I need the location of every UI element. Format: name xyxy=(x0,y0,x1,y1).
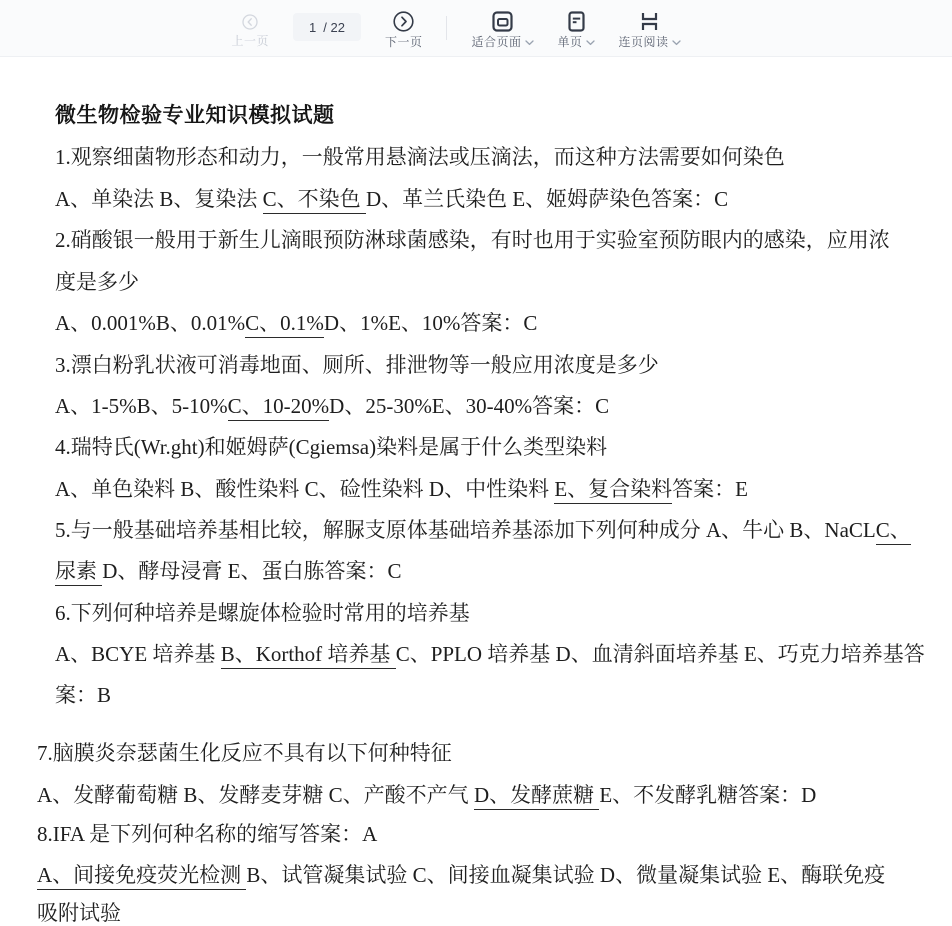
question-5-line2: 尿素 D、酵母浸膏 E、蛋白胨答案：C xyxy=(55,558,402,584)
answers-6-line1: A、BCYE 培养基 B、Korthof 培养基 C、PPLO 培养基 D、血清… xyxy=(55,641,925,667)
question-2-line1: 2.硝酸银一般用于新生儿滴眼预防淋球菌感染，有时也用于实验室预防眼内的感染，应用… xyxy=(55,227,890,253)
underlined-answer: D、发酵蔗糖 xyxy=(474,783,599,810)
page-total-label: / 22 xyxy=(323,20,345,35)
question-3: 3.漂白粉乳状液可消毒地面、厕所、排泄物等一般应用浓度是多少 xyxy=(55,352,659,378)
single-page-dropdown[interactable]: 单页 xyxy=(558,11,595,49)
question-8: 8.IFA 是下列何种名称的缩写答案：A xyxy=(37,821,377,847)
question-2-line2: 度是多少 xyxy=(55,269,139,295)
toolbar-divider xyxy=(446,16,447,40)
page-number-input[interactable]: 1 / 22 xyxy=(293,13,361,41)
chevron-left-circle-icon xyxy=(242,13,258,31)
question-1: 1.观察细菌物形态和动力，一般常用悬滴法或压滴法，而这种方法需要如何染色 xyxy=(55,144,785,170)
question-6: 6.下列何种培养是螺旋体检验时常用的培养基 xyxy=(55,600,470,626)
single-page-label: 单页 xyxy=(558,35,595,49)
toolbar-group: 上一页 1 / 22 下一页 适合页面 xyxy=(231,0,680,56)
underlined-answer: C、不染色 xyxy=(263,187,366,214)
answers-7: A、发酵葡萄糖 B、发酵麦芽糖 C、产酸不产气 D、发酵蔗糖 E、不发酵乳糖答案… xyxy=(37,782,816,808)
continuous-read-label: 连页阅读 xyxy=(619,35,681,49)
chevron-down-icon xyxy=(586,40,595,46)
answers-3: A、1-5%B、5-10%C、10-20%D、25-30%E、30-40%答案：… xyxy=(55,393,609,419)
question-7: 7.脑膜炎奈瑟菌生化反应不具有以下何种特征 xyxy=(37,740,452,766)
continuous-read-dropdown[interactable]: 连页阅读 xyxy=(619,11,681,49)
answers-4: A、单色染料 B、酸性染料 C、硷性染料 D、中性染料 E、复合染料答案：E xyxy=(55,476,748,502)
underlined-answer: C、0.1% xyxy=(245,311,324,338)
page-current-value: 1 xyxy=(309,20,316,35)
fit-page-dropdown[interactable]: 适合页面 xyxy=(471,11,533,49)
chevron-down-icon xyxy=(672,40,681,46)
document-title: 微生物检验专业知识模拟试题 xyxy=(55,103,335,129)
prev-page-label: 上一页 xyxy=(231,34,269,48)
underlined-answer: 尿素 xyxy=(55,559,102,586)
underlined-answer: A、间接免疫荧光检测 xyxy=(37,863,246,890)
answers-6-line2: 案：B xyxy=(55,682,111,708)
continuous-pages-icon xyxy=(639,11,660,32)
fit-page-icon xyxy=(492,11,513,32)
next-page-label: 下一页 xyxy=(385,35,423,49)
document-viewport: 微生物检验专业知识模拟试题 1.观察细菌物形态和动力，一般常用悬滴法或压滴法，而… xyxy=(0,57,952,921)
underlined-answer: C、10-20% xyxy=(228,394,330,421)
question-4: 4.瑞特氏(Wr.ght)和姬姆萨(Cgiemsa)染料是属于什么类型染料 xyxy=(55,434,607,460)
next-page-button[interactable]: 下一页 xyxy=(385,11,423,49)
single-page-icon xyxy=(566,11,587,32)
answers-2: A、0.001%B、0.01%C、0.1%D、1%E、10%答案：C xyxy=(55,310,537,336)
fit-page-label: 适合页面 xyxy=(471,35,533,49)
underlined-answer: C、 xyxy=(876,518,911,545)
underlined-answer: E、复合染料 xyxy=(554,477,672,504)
chevron-right-circle-icon xyxy=(393,11,414,32)
prev-page-button[interactable]: 上一页 xyxy=(231,11,269,48)
answers-8-line1: A、间接免疫荧光检测 B、试管凝集试验 C、间接血凝集试验 D、微量凝集试验 E… xyxy=(37,862,885,888)
answers-8-line2: 吸附试验 xyxy=(37,900,121,921)
answers-1: A、单染法 B、复染法 C、不染色 D、革兰氏染色 E、姬姆萨染色答案：C xyxy=(55,186,728,212)
chevron-down-icon xyxy=(525,40,534,46)
underlined-answer: B、Korthof 培养基 xyxy=(221,642,396,669)
reader-toolbar: 上一页 1 / 22 下一页 适合页面 xyxy=(0,0,952,57)
question-5-line1: 5.与一般基础培养基相比较，解脲支原体基础培养基添加下列何种成分 A、牛心 B、… xyxy=(55,517,911,543)
